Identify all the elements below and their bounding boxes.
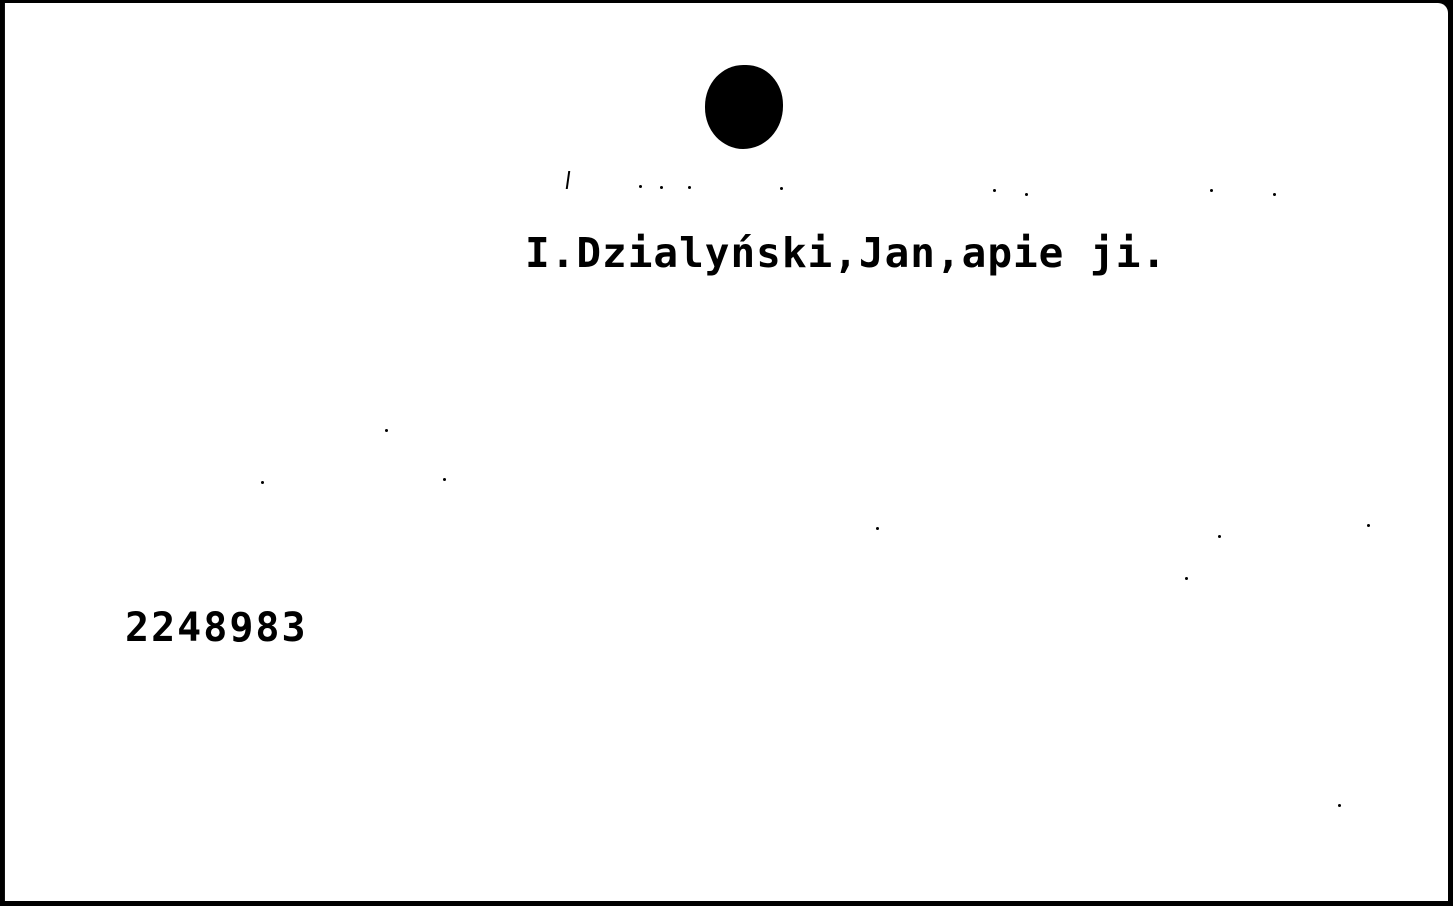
ink-speck <box>1338 804 1341 807</box>
ink-speck <box>1210 189 1213 192</box>
call-number: 2248983 <box>125 605 308 651</box>
punch-hole <box>705 65 783 149</box>
ink-speck <box>1218 535 1221 538</box>
card-bottom-edge <box>0 902 1453 906</box>
ink-speck <box>993 189 996 192</box>
ink-speck <box>688 186 691 189</box>
ink-speck <box>443 478 446 481</box>
ink-speck <box>876 527 879 530</box>
card-heading: I.Dzialyński,Jan,apie ji. <box>525 229 1167 277</box>
ink-speck <box>385 429 388 432</box>
ink-speck <box>1025 193 1028 196</box>
ink-speck <box>660 186 663 189</box>
catalog-card: I.Dzialyński,Jan,apie ji. 2248983 <box>4 3 1448 901</box>
ink-mark <box>566 171 571 189</box>
ink-speck <box>1185 577 1188 580</box>
ink-speck <box>261 481 264 484</box>
ink-speck <box>1367 524 1370 527</box>
ink-speck <box>1273 193 1276 196</box>
ink-speck <box>639 185 642 188</box>
ink-speck <box>780 187 783 190</box>
